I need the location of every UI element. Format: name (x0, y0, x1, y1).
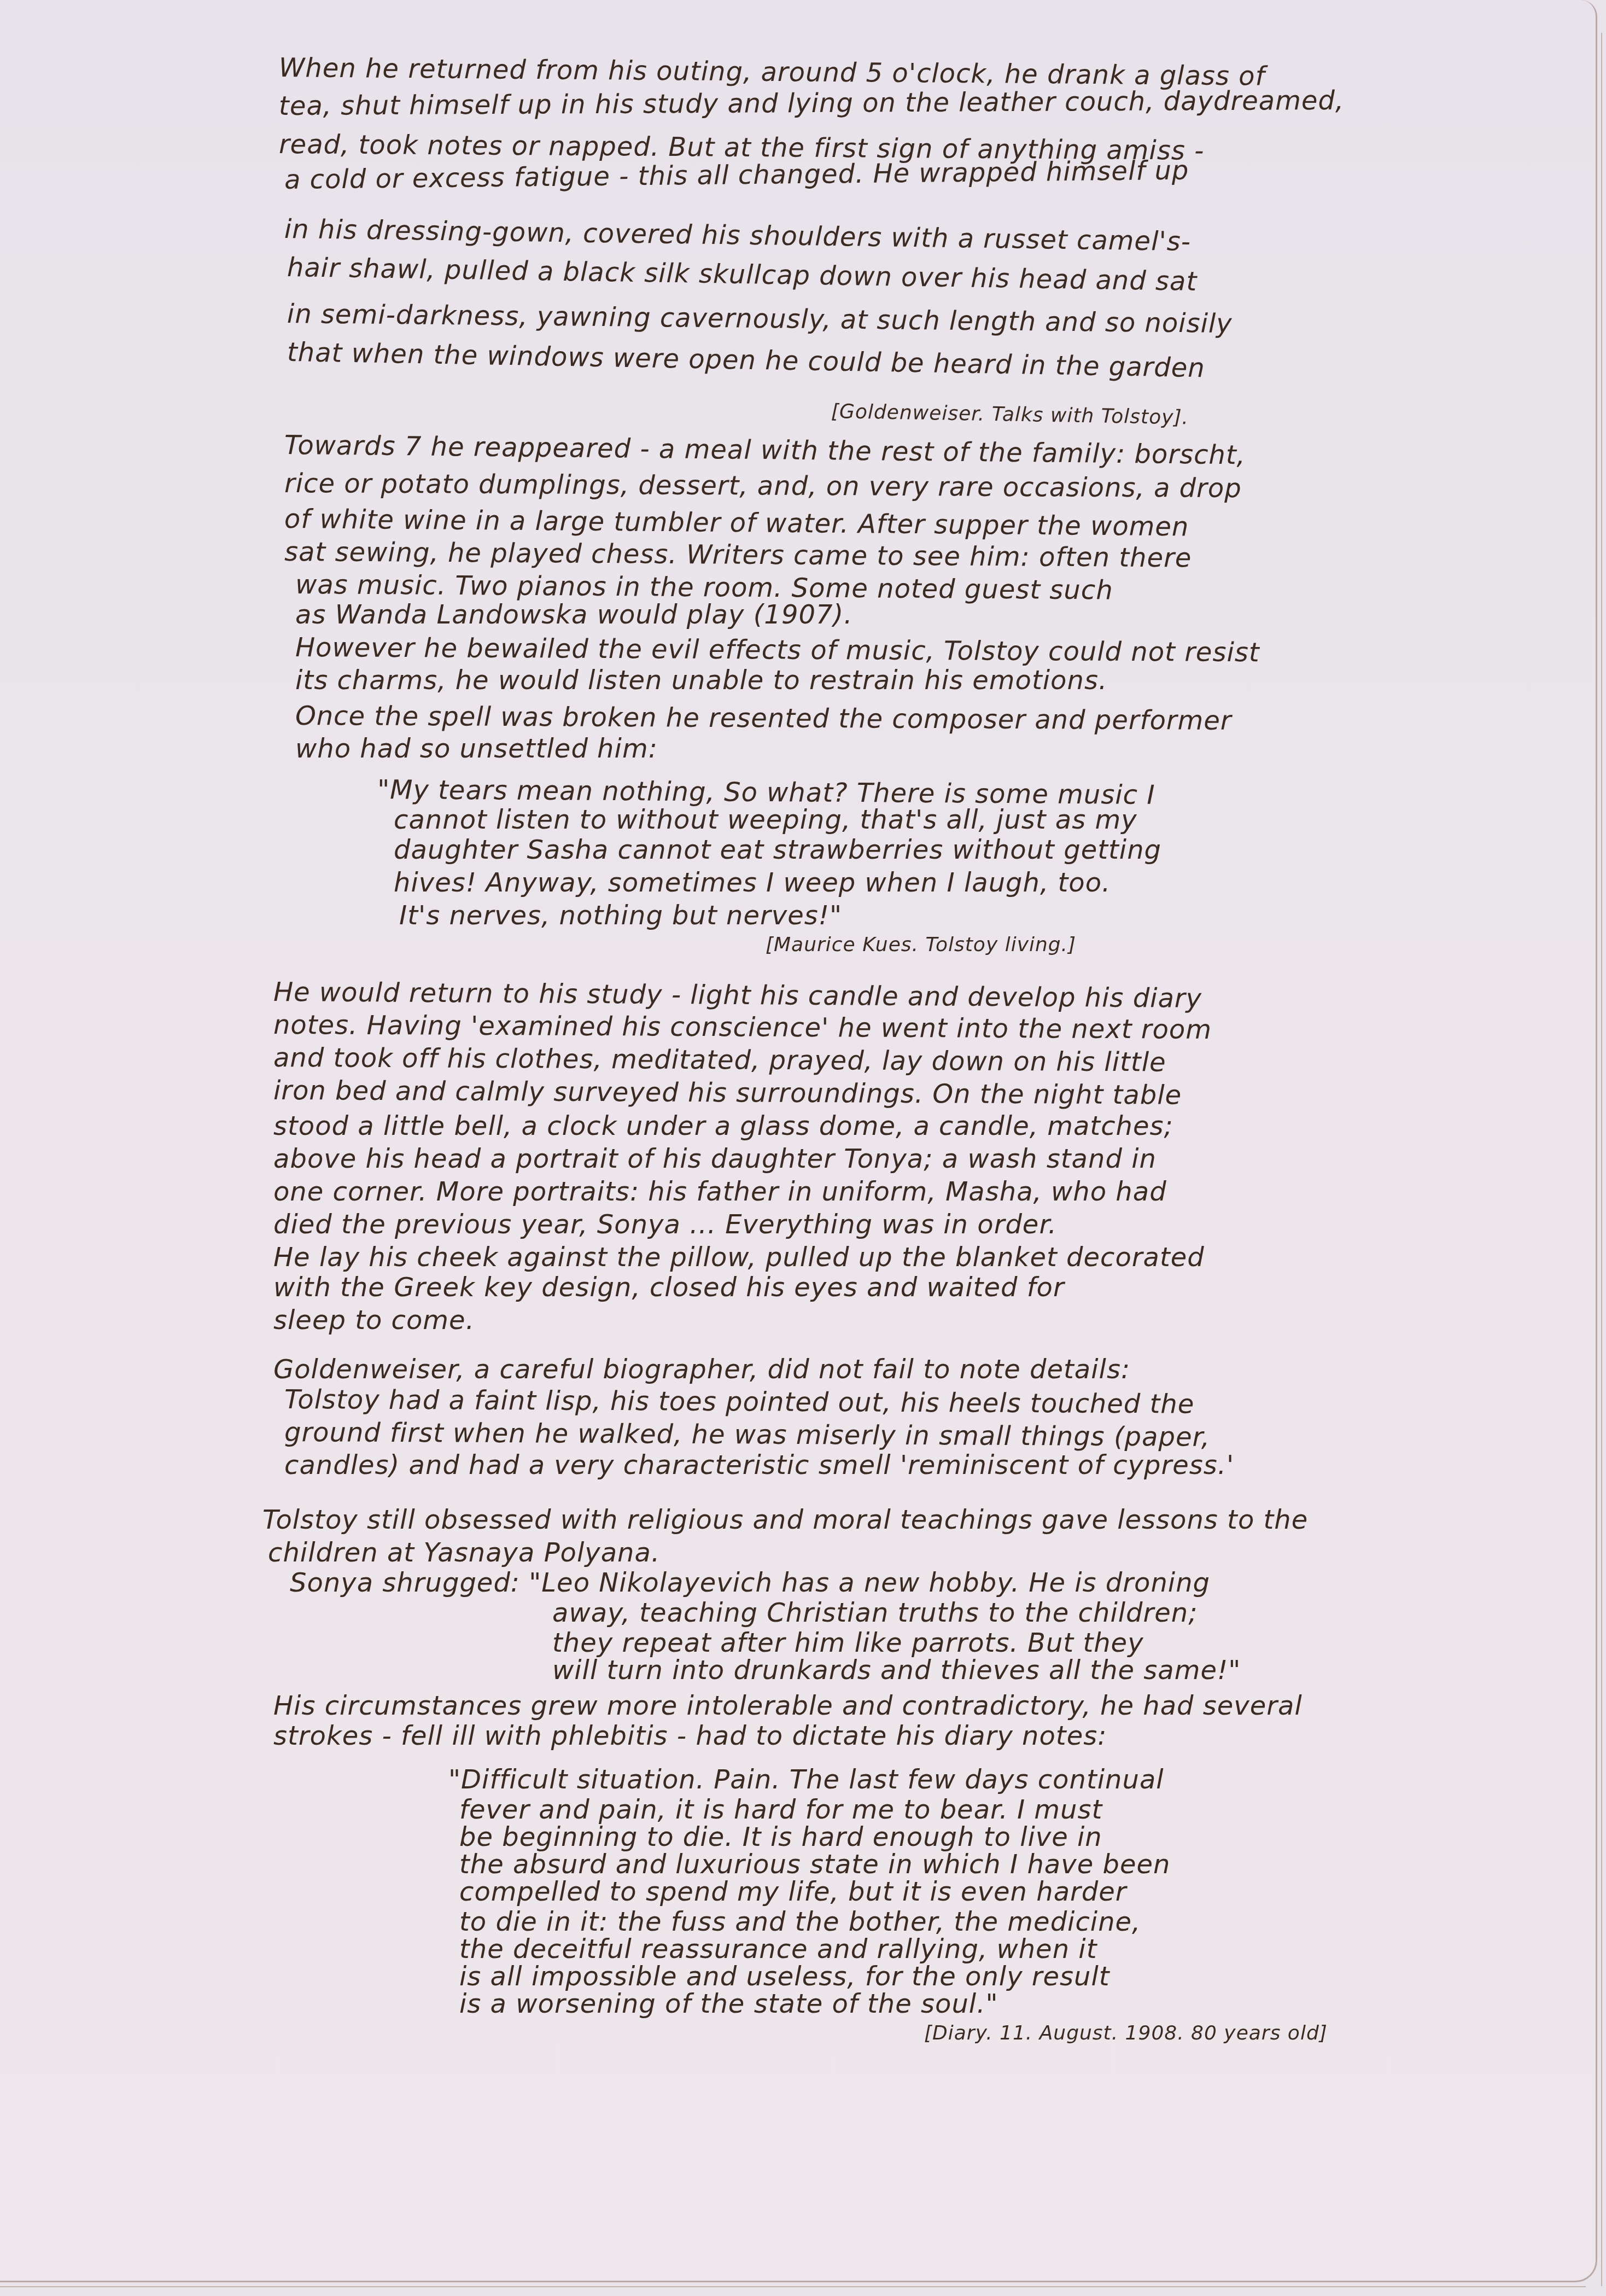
text-line: sat sewing, he played chess. Writers cam… (284, 539, 1192, 572)
underlying-sheet-edge-bottom (0, 2286, 1586, 2287)
text-line: as Wanda Landowska would play (1907). (295, 602, 853, 628)
text-line: rice or potato dumplings, dessert, and, … (284, 470, 1242, 502)
text-line: the absurd and luxurious state in which … (459, 1851, 1170, 1878)
text-line: sleep to come. (273, 1307, 475, 1333)
text-line: Sonya shrugged: "Leo Nikolayevich has a … (290, 1570, 1210, 1596)
text-line: is all impossible and useless, for the o… (459, 1963, 1110, 1990)
text-line: was music. Two pianos in the room. Some … (295, 572, 1113, 603)
text-line: cannot listen to without weeping, that's… (394, 807, 1137, 833)
text-line: stood a little bell, a clock under a gla… (273, 1113, 1173, 1139)
citation: [Maurice Kues. Tolstoy living.] (766, 935, 1076, 955)
text-line: died the previous year, Sonya ... Everyt… (273, 1211, 1057, 1238)
text-line: notes. Having 'examined his conscience' … (273, 1012, 1212, 1043)
text-line: He would return to his study - light his… (273, 979, 1202, 1012)
citation: [Diary. 11. August. 1908. 80 years old] (924, 2024, 1328, 2043)
text-line: with the Greek key design, closed his ey… (273, 1274, 1065, 1301)
text-line: Goldenweiser, a careful biographer, did … (273, 1356, 1130, 1383)
underlying-sheet-edge-right (1601, 33, 1602, 2286)
text-line: tea, shut himself up in his study and ly… (279, 88, 1344, 119)
text-line: candles) and had a very characteristic s… (284, 1452, 1234, 1478)
text-line: children at Yasnaya Polyana. (268, 1540, 660, 1566)
text-line: to die in it: the fuss and the bother, t… (459, 1909, 1141, 1935)
text-line: "My tears mean nothing, So what? There i… (377, 777, 1155, 808)
text-line: above his head a portrait of his daughte… (273, 1146, 1157, 1172)
text-line: fever and pain, it is hard for me to bea… (459, 1797, 1102, 1823)
text-line: hives! Anyway, sometimes I weep when I l… (394, 870, 1111, 896)
text-line: they repeat after him like parrots. But … (552, 1630, 1144, 1656)
text-line: "Difficult situation. Pain. The last few… (448, 1767, 1164, 1793)
text-line: He lay his cheek against the pillow, pul… (273, 1244, 1205, 1271)
text-line: be beginning to die. It is hard enough t… (459, 1824, 1102, 1850)
text-line: It's nerves, nothing but nerves!" (399, 902, 842, 929)
text-line: is a worsening of the state of the soul.… (459, 1991, 998, 2017)
text-line: one corner. More portraits: his father i… (273, 1179, 1167, 1205)
text-line: His circumstances grew more intolerable … (273, 1693, 1303, 1719)
text-line: iron bed and calmly surveyed his surroun… (273, 1077, 1182, 1109)
text-line: will turn into drunkards and thieves all… (552, 1657, 1241, 1683)
text-line: Once the spell was broken he resented th… (295, 703, 1232, 734)
text-line: and took off his clothes, meditated, pra… (273, 1045, 1166, 1076)
text-line: strokes - fell ill with phlebitis - had … (273, 1723, 1107, 1749)
text-line: Tolstoy had a faint lisp, his toes point… (284, 1386, 1195, 1418)
text-line: who had so unsettled him: (295, 736, 658, 762)
text-line: daughter Sasha cannot eat strawberries w… (394, 837, 1161, 863)
text-line: away, teaching Christian truths to the c… (552, 1600, 1198, 1626)
text-line: Tolstoy still obsessed with religious an… (262, 1507, 1308, 1533)
text-line: of white wine in a large tumbler of wate… (284, 506, 1189, 540)
text-line: ground first when he walked, he was mise… (284, 1419, 1210, 1450)
text-line: compelled to spend my life, but it is ev… (459, 1879, 1127, 1905)
text-line: However he bewailed the evil effects of … (295, 634, 1260, 666)
text-line: its charms, he would listen unable to re… (295, 667, 1107, 694)
text-line: the deceitful reassurance and rallying, … (459, 1936, 1097, 1962)
text-line: When he returned from his outing, around… (279, 55, 1280, 90)
